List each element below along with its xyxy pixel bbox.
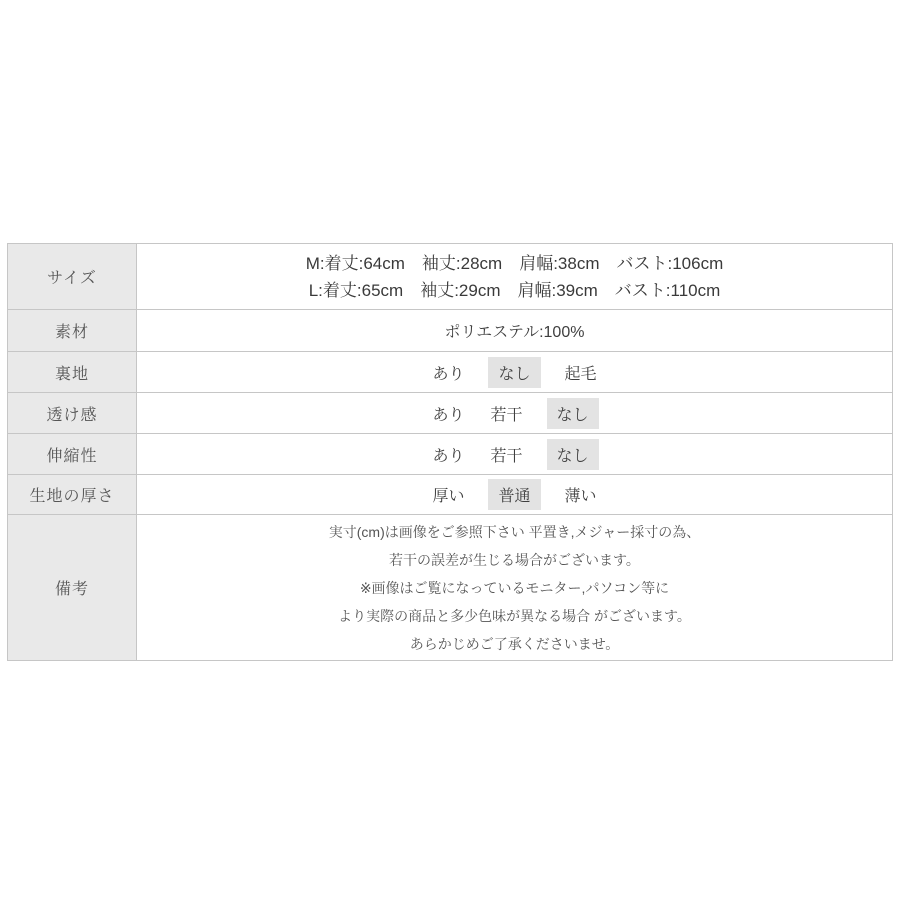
size-line-l: L:着丈:65cm 袖丈:29cm 肩幅:39cm バスト:110cm: [137, 277, 892, 304]
stretch-options: あり 若干 なし: [137, 439, 892, 470]
lining-option: なし: [488, 357, 540, 388]
row-value-size: M:着丈:64cm 袖丈:28cm 肩幅:38cm バスト:106cm L:着丈…: [137, 244, 893, 310]
notes-line: より実際の商品と多少色味が異なる場合 がございます。: [137, 602, 892, 630]
stretch-option: あり: [430, 439, 466, 470]
thickness-options: 厚い 普通 薄い: [137, 479, 892, 510]
stretch-option: なし: [547, 439, 599, 470]
row-label-material: 素材: [8, 310, 137, 352]
row-value-sheerness: あり 若干 なし: [137, 393, 893, 434]
row-label-size: サイズ: [8, 244, 137, 310]
spec-row-notes: 備考 実寸(cm)は画像をご参照下さい 平置き,メジャー採寸の為、 若干の誤差が…: [8, 515, 893, 661]
notes-text: 実寸(cm)は画像をご参照下さい 平置き,メジャー採寸の為、 若干の誤差が生じる…: [137, 518, 892, 658]
product-spec-table: サイズ M:着丈:64cm 袖丈:28cm 肩幅:38cm バスト:106cm …: [7, 243, 893, 661]
notes-line: 若干の誤差が生じる場合がございます。: [137, 546, 892, 574]
spec-row-material: 素材 ポリエステル:100%: [8, 310, 893, 352]
thickness-option: 厚い: [430, 479, 466, 510]
row-value-notes: 実寸(cm)は画像をご参照下さい 平置き,メジャー採寸の為、 若干の誤差が生じる…: [137, 515, 893, 661]
stretch-option: 若干: [488, 439, 524, 470]
row-label-notes: 備考: [8, 515, 137, 661]
lining-option: 起毛: [563, 357, 599, 388]
lining-options: あり なし 起毛: [137, 357, 892, 388]
row-value-material: ポリエステル:100%: [137, 310, 893, 352]
lining-option: あり: [430, 357, 466, 388]
notes-line: 実寸(cm)は画像をご参照下さい 平置き,メジャー採寸の為、: [137, 518, 892, 546]
notes-line: あらかじめご了承くださいませ。: [137, 630, 892, 658]
row-label-thickness: 生地の厚さ: [8, 475, 137, 515]
row-label-sheerness: 透け感: [8, 393, 137, 434]
sheerness-option: あり: [430, 398, 466, 429]
row-value-lining: あり なし 起毛: [137, 352, 893, 393]
notes-line: ※画像はご覧になっているモニター,パソコン等に: [137, 574, 892, 602]
spec-row-thickness: 生地の厚さ 厚い 普通 薄い: [8, 475, 893, 515]
row-value-thickness: 厚い 普通 薄い: [137, 475, 893, 515]
spec-row-stretch: 伸縮性 あり 若干 なし: [8, 434, 893, 475]
row-label-stretch: 伸縮性: [8, 434, 137, 475]
sheerness-options: あり 若干 なし: [137, 398, 892, 429]
sheerness-option: 若干: [488, 398, 524, 429]
size-line-m: M:着丈:64cm 袖丈:28cm 肩幅:38cm バスト:106cm: [137, 250, 892, 277]
row-label-lining: 裏地: [8, 352, 137, 393]
row-value-stretch: あり 若干 なし: [137, 434, 893, 475]
spec-row-lining: 裏地 あり なし 起毛: [8, 352, 893, 393]
sheerness-option: なし: [547, 398, 599, 429]
spec-row-sheerness: 透け感 あり 若干 なし: [8, 393, 893, 434]
thickness-option: 普通: [488, 479, 540, 510]
page-canvas: サイズ M:着丈:64cm 袖丈:28cm 肩幅:38cm バスト:106cm …: [0, 0, 900, 900]
spec-row-size: サイズ M:着丈:64cm 袖丈:28cm 肩幅:38cm バスト:106cm …: [8, 244, 893, 310]
thickness-option: 薄い: [563, 479, 599, 510]
